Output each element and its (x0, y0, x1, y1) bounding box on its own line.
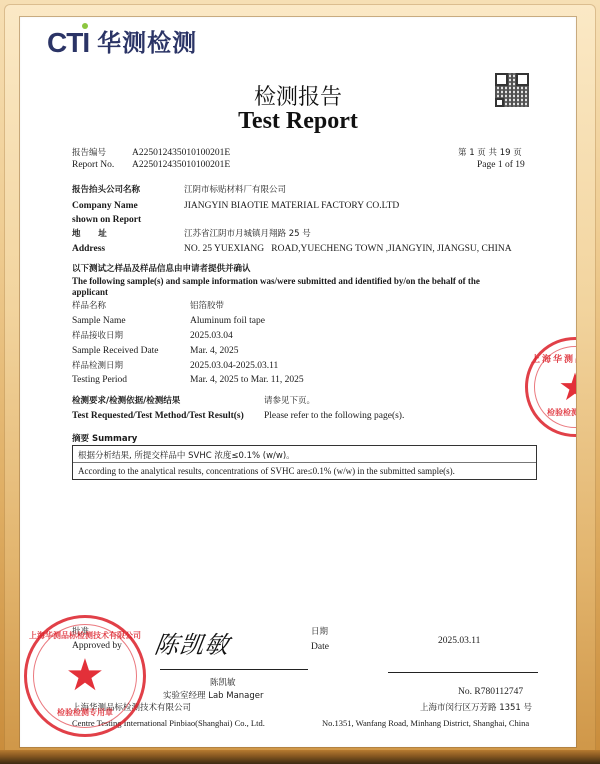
footer-address-en: No.1351, Wanfang Road, Minhang District,… (322, 717, 529, 729)
address-label-en: Address (72, 243, 105, 255)
company-label-en-2: shown on Report (72, 214, 141, 226)
approver-title: 实验室经理 Lab Manager (163, 690, 264, 702)
page-indicator-cn: 第 1 页 共 19 页 (458, 147, 522, 159)
sample-name-label-en: Sample Name (72, 315, 126, 327)
test-request-label-cn: 检测要求/检测依据/检测结果 (72, 395, 180, 407)
date-line (388, 672, 538, 673)
test-request-value-cn: 请参见下页。 (264, 395, 315, 407)
cert-number: No. R780112747 (458, 686, 523, 698)
sample-name-cn: 铝箔胶带 (190, 300, 224, 312)
summary-divider (73, 462, 536, 463)
cti-logo: CTI 华测检测 (47, 25, 197, 61)
inspection-stamp-left: 上海华测品标检测技术有限公司 ★ 检验检测专用章 (24, 615, 146, 737)
stamp-right-bottom-text: 检验检测专用章 (528, 407, 576, 418)
summary-heading: 摘要 Summary (72, 433, 137, 445)
report-no-value-en: A2250124350101002​01E (132, 159, 230, 171)
testing-en: Mar. 4, 2025 to Mar. 11, 2025 (190, 374, 304, 386)
received-cn: 2025.03.04 (190, 330, 233, 342)
page-indicator-en: Page 1 of 19 (477, 159, 525, 171)
title-cn: 检测报告 (20, 80, 576, 111)
test-request-label-en: Test Requested/Test Method/Test Result(s… (72, 410, 244, 422)
stamp-right-ring-text: 上海华测品标检测 (528, 352, 576, 365)
date-label-en: Date (311, 641, 329, 653)
summary-line-cn: 根据分析结果, 所提交样品中 SVHC 浓度≤0.1% (w/w)。 (78, 450, 295, 462)
title-en: Test Report (20, 108, 576, 135)
approval-date: 2025.03.11 (438, 635, 480, 647)
address-label-cn: 地 址 (72, 228, 107, 240)
signature: 陈凯敏 (153, 625, 233, 660)
received-en: Mar. 4, 2025 (190, 345, 239, 357)
date-label-cn: 日期 (311, 626, 328, 638)
logo-cn-text: 华测检测 (97, 31, 197, 55)
company-name-en: JIANGYIN BIAOTIE MATERIAL FACTORY CO.LTD (184, 200, 399, 212)
company-label-en-1: Company Name (72, 200, 138, 212)
approver-name: 陈凯敏 (210, 677, 236, 689)
address-en: NO. 25 YUEXIANG ROAD,YUECHENG TOWN ,JIAN… (184, 243, 512, 255)
received-label-cn: 样品接收日期 (72, 330, 123, 342)
summary-box: 根据分析结果, 所提交样品中 SVHC 浓度≤0.1% (w/w)。 Accor… (72, 445, 537, 480)
sample-intro-cn: 以下测试之样品及样品信息由申请者提供并确认 (72, 263, 251, 275)
company-label-cn: 报告抬头公司名称 (72, 184, 140, 196)
testing-label-en: Testing Period (72, 374, 127, 386)
sample-intro-en-1: The following sample(s) and sample infor… (72, 275, 480, 287)
company-name-cn: 江阴市标贴材料厂有限公司 (184, 184, 286, 196)
footer-address-cn: 上海市闵行区万芳路 1351 号 (420, 702, 532, 714)
signature-line (160, 669, 308, 670)
testing-label-cn: 样品检测日期 (72, 360, 123, 372)
address-cn: 江苏省江阴市月城镇月翔路 25 号 (184, 228, 311, 240)
sample-intro-en-2: applicant (72, 286, 108, 298)
report-no-label-en: Report No. (72, 159, 114, 171)
report-page: CTI 华测检测 检测报告 Test Report 报告编号 A22501243… (20, 17, 576, 747)
stamp-left-bottom-text: 检验检测专用章 (27, 707, 143, 718)
report-no-value: A2250124350101002​01E (132, 147, 230, 159)
test-request-value-en: Please refer to the following page(s). (264, 410, 404, 422)
report-no-label-cn: 报告编号 (72, 147, 106, 159)
logo-cti-text: CTI (47, 29, 89, 57)
summary-line-en: According to the analytical results, con… (78, 465, 455, 477)
stamp-left-ring-text: 上海华测品标检测技术有限公司 (27, 630, 143, 641)
testing-cn: 2025.03.04-2025.03.11 (190, 360, 278, 372)
sample-name-label-cn: 样品名称 (72, 300, 106, 312)
stamp-star-icon: ★ (558, 368, 576, 406)
inspection-stamp-right: 上海华测品标检测 ★ 检验检测专用章 (525, 337, 576, 437)
stamp-star-icon: ★ (65, 654, 104, 698)
received-label-en: Sample Received Date (72, 345, 159, 357)
sample-name-en: Aluminum foil tape (190, 315, 265, 327)
